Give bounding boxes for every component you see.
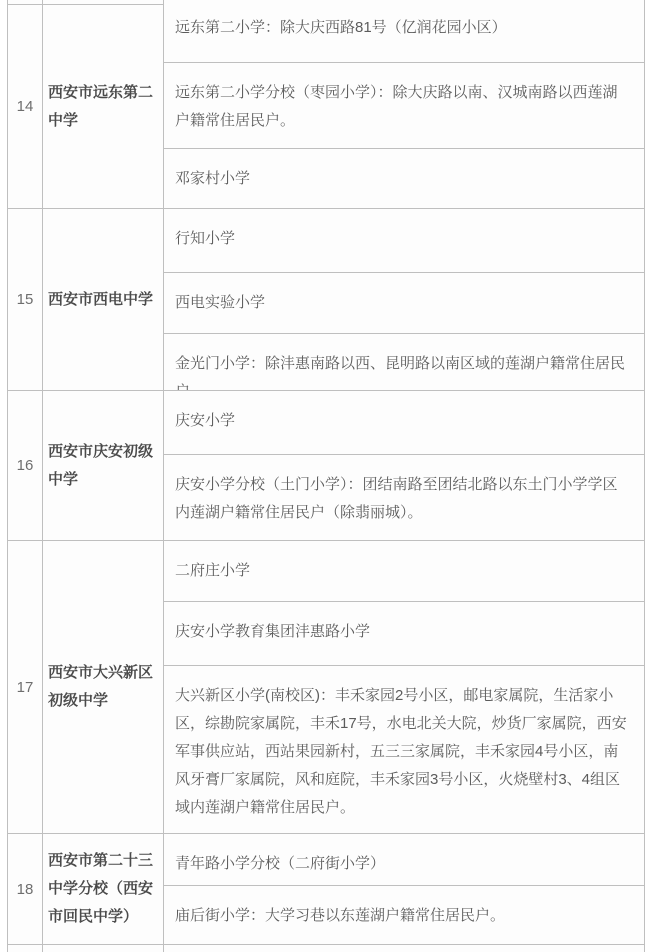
middle-school-name: 西安市第二十三中学分校（西安市回民中学） <box>48 847 158 931</box>
middle-school-cell: 西安市西电中学 <box>43 209 164 390</box>
table-row-group: 17西安市大兴新区初级中学二府庄小学庆安小学教育集团沣惠路小学大兴新区小学(南校… <box>8 541 644 834</box>
table-row-group: 15西安市西电中学行知小学西电实验小学金光门小学：除沣惠南路以西、昆明路以南区域… <box>8 209 644 391</box>
primary-school-list: 行知小学西电实验小学金光门小学：除沣惠南路以西、昆明路以南区域的莲湖户籍常住居民… <box>164 209 644 390</box>
table-row-group: 16西安市庆安初级中学庆安小学庆安小学分校（土门小学）：团结南路至团结北路以东土… <box>8 391 644 541</box>
primary-school-entry: 金光门小学：除沣惠南路以西、昆明路以南区域的莲湖户籍常住居民户。 <box>164 334 644 390</box>
remnant-number-cell <box>8 945 43 952</box>
middle-school-name: 西安市西电中学 <box>48 286 153 314</box>
primary-school-entry: 大兴新区小学(南校区)：丰禾家园2号小区，邮电家属院，生活家小区，综勘院家属院，… <box>164 666 644 833</box>
middle-school-cell: 西安市大兴新区初级中学 <box>43 541 164 833</box>
table-body: 14西安市远东第二中学远东第二小学：除大庆西路81号（亿润花园小区）远东第二小学… <box>8 5 644 945</box>
primary-school-list: 青年路小学分校（二府街小学）庙后街小学：大学习巷以东莲湖户籍常住居民户。 <box>164 834 644 944</box>
row-number-cell: 18 <box>8 834 43 944</box>
remnant-school-cell <box>43 945 164 952</box>
middle-school-name: 西安市大兴新区初级中学 <box>48 659 158 715</box>
table-row-group: 14西安市远东第二中学远东第二小学：除大庆西路81号（亿润花园小区）远东第二小学… <box>8 5 644 209</box>
primary-school-entry: 青年路小学分校（二府街小学） <box>164 834 644 886</box>
primary-school-entry: 远东第二小学分校（枣园小学）：除大庆路以南、汉城南路以西莲湖户籍常住居民户。 <box>164 63 644 149</box>
table-row-group: 18西安市第二十三中学分校（西安市回民中学）青年路小学分校（二府街小学）庙后街小… <box>8 834 644 945</box>
row-number-cell: 16 <box>8 391 43 540</box>
remnant-detail-cell <box>164 945 644 952</box>
row-number: 17 <box>17 679 34 696</box>
primary-school-list: 远东第二小学：除大庆西路81号（亿润花园小区）远东第二小学分校（枣园小学）：除大… <box>164 5 644 208</box>
primary-school-entry: 行知小学 <box>164 209 644 273</box>
next-row-remnant <box>8 945 644 952</box>
row-number-cell: 14 <box>8 5 43 208</box>
row-number: 14 <box>17 98 34 115</box>
primary-school-list: 庆安小学庆安小学分校（土门小学）：团结南路至团结北路以东土门小学学区内莲湖户籍常… <box>164 391 644 540</box>
primary-school-entry: 庙后街小学：大学习巷以东莲湖户籍常住居民户。 <box>164 886 644 944</box>
primary-school-entry: 庆安小学分校（土门小学）：团结南路至团结北路以东土门小学学区内莲湖户籍常住居民户… <box>164 455 644 540</box>
middle-school-name: 西安市庆安初级中学 <box>48 438 158 494</box>
middle-school-cell: 西安市远东第二中学 <box>43 5 164 208</box>
primary-school-entry: 二府庄小学 <box>164 541 644 602</box>
middle-school-name: 西安市远东第二中学 <box>48 79 158 135</box>
row-number: 15 <box>17 291 34 308</box>
middle-school-cell: 西安市第二十三中学分校（西安市回民中学） <box>43 834 164 944</box>
middle-school-cell: 西安市庆安初级中学 <box>43 391 164 540</box>
row-number-cell: 15 <box>8 209 43 390</box>
primary-school-entry: 远东第二小学：除大庆西路81号（亿润花园小区） <box>164 5 644 63</box>
primary-school-entry: 邓家村小学 <box>164 149 644 208</box>
primary-school-entry: 西电实验小学 <box>164 273 644 334</box>
primary-school-entry: 庆安小学 <box>164 391 644 455</box>
row-number: 16 <box>17 457 34 474</box>
school-district-table: 14西安市远东第二中学远东第二小学：除大庆西路81号（亿润花园小区）远东第二小学… <box>7 0 645 952</box>
primary-school-entry: 庆安小学教育集团沣惠路小学 <box>164 602 644 666</box>
primary-school-list: 二府庄小学庆安小学教育集团沣惠路小学大兴新区小学(南校区)：丰禾家园2号小区，邮… <box>164 541 644 833</box>
row-number: 18 <box>17 881 34 898</box>
row-number-cell: 17 <box>8 541 43 833</box>
